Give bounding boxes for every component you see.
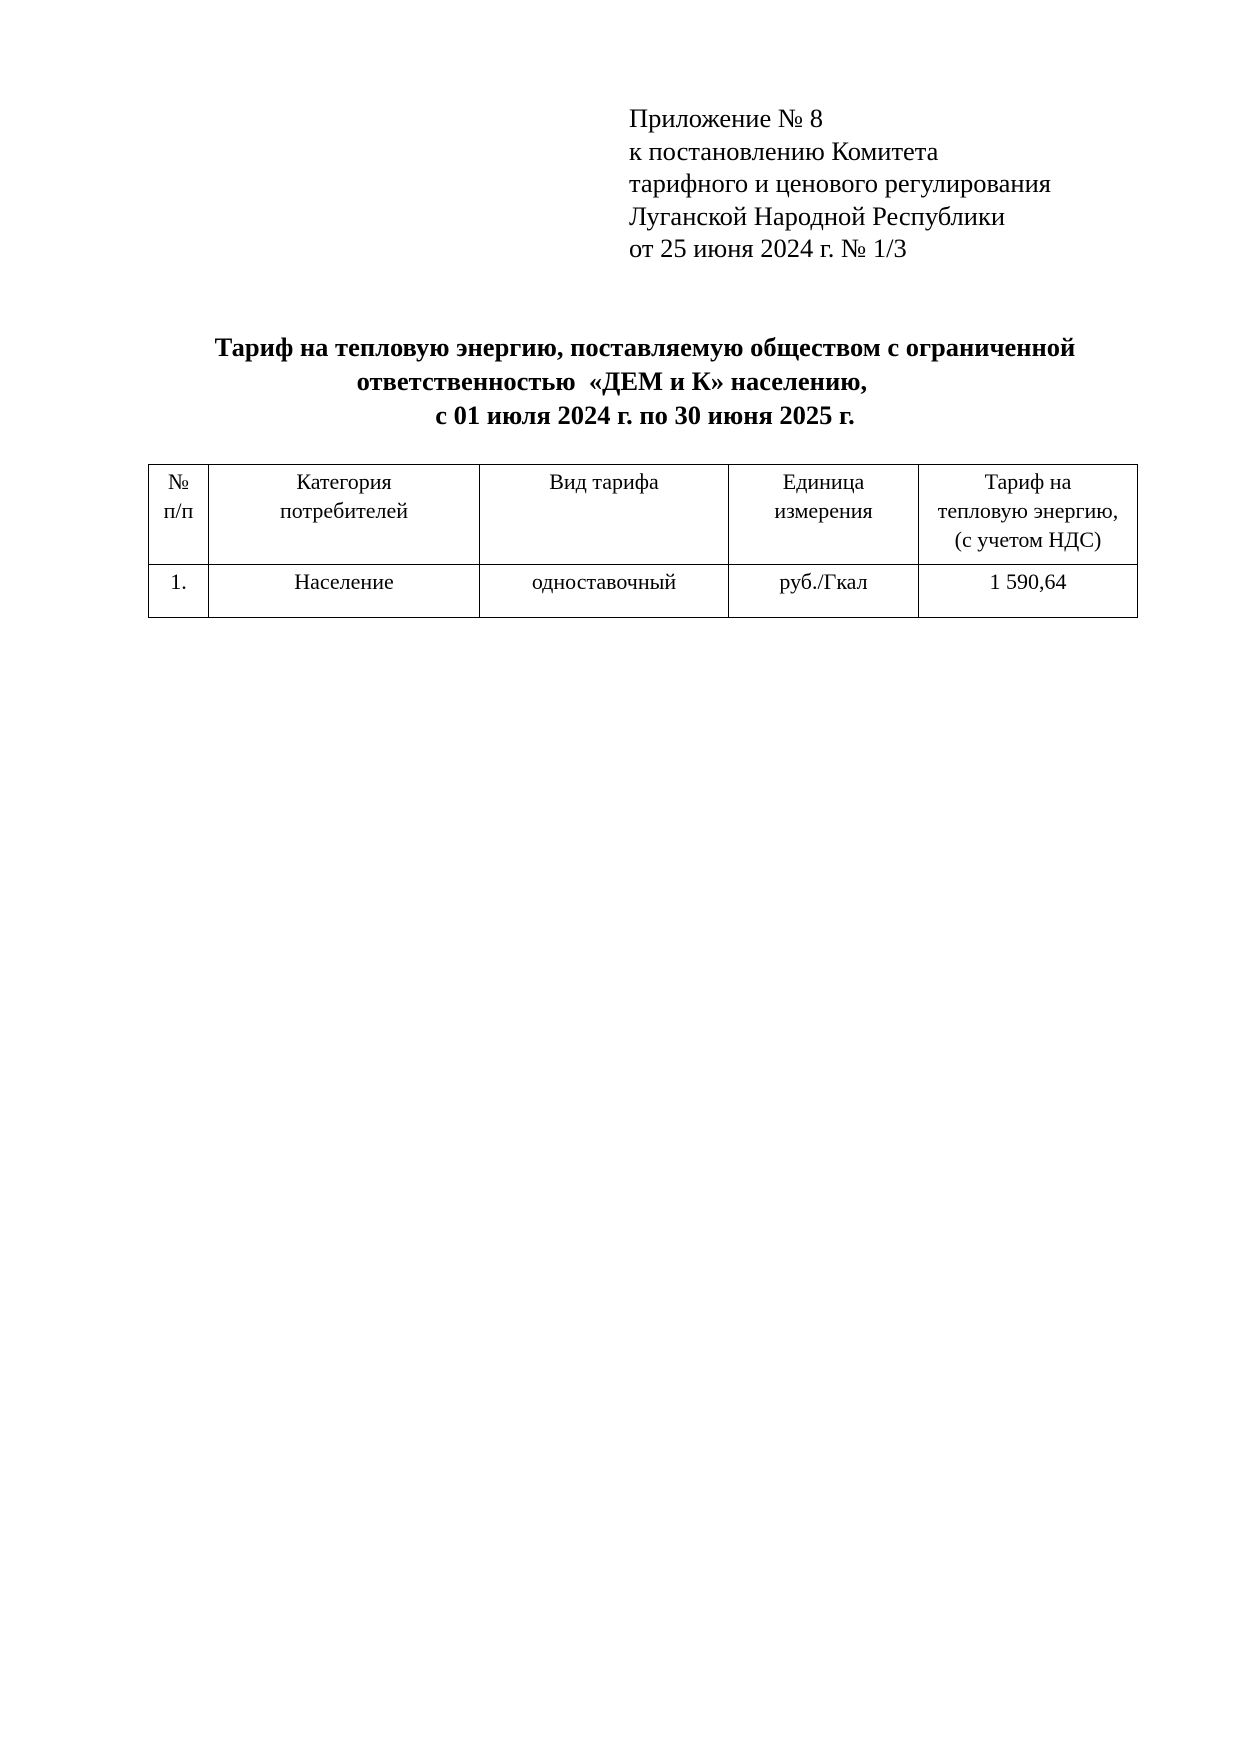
cell-number: 1. [149,565,209,618]
appendix-line: от 25 июня 2024 г. № 1/3 [629,232,1051,265]
header-cell-number: № п/п [149,465,209,565]
header-text: Тариф на тепловую энергию, (с учетом НДС… [938,469,1118,552]
tariff-table: № п/п Категория потребителей Вид тарифа … [148,464,1138,618]
cell-tariff-type: одноставочный [480,565,729,618]
header-text: Единица измерения [774,469,872,523]
table-row: 1. Население одноставочный руб./Гкал 1 5… [149,565,1138,618]
document-title: Тариф на тепловую энергию, поставляемую … [150,330,1140,432]
appendix-line: Луганской Народной Республики [629,200,1051,233]
title-line: ответственностью «ДЕМ и К» населению, [150,364,1140,398]
header-cell-tariff-type: Вид тарифа [480,465,729,565]
header-text: Вид тарифа [549,469,659,494]
cell-category: Население [209,565,480,618]
appendix-line: к постановлению Комитета [629,135,1051,168]
appendix-header: Приложение № 8 к постановлению Комитета … [629,102,1051,265]
table-header-row: № п/п Категория потребителей Вид тарифа … [149,465,1138,565]
header-cell-category: Категория потребителей [209,465,480,565]
header-cell-tariff-value: Тариф на тепловую энергию, (с учетом НДС… [919,465,1138,565]
title-line: Тариф на тепловую энергию, поставляемую … [150,330,1140,364]
appendix-line: тарифного и ценового регулирования [629,167,1051,200]
cell-unit: руб./Гкал [729,565,919,618]
header-cell-unit: Единица измерения [729,465,919,565]
title-line: с 01 июля 2024 г. по 30 июня 2025 г. [150,398,1140,432]
header-text: № п/п [164,469,194,523]
header-text: Категория потребителей [280,469,408,523]
appendix-line: Приложение № 8 [629,102,1051,135]
cell-tariff-value: 1 590,64 [919,565,1138,618]
